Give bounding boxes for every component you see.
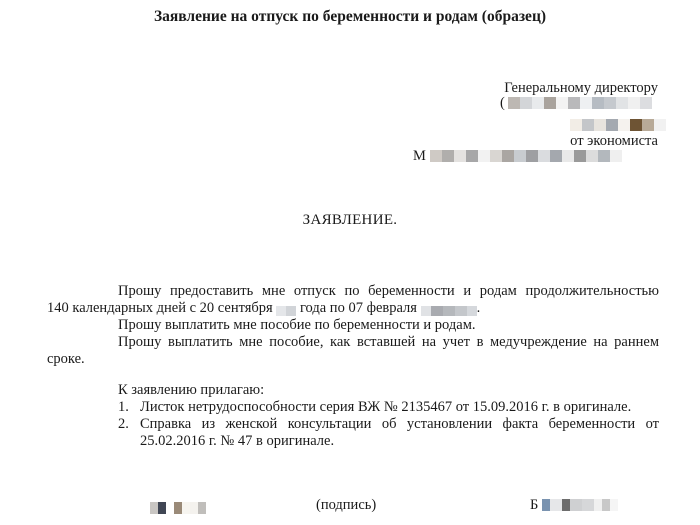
sender-name-redacted: М: [413, 148, 622, 165]
redaction-block: [421, 304, 477, 314]
attachment-item-continuation: 25.02.2016 г. № 47 в оригинале.: [140, 433, 334, 450]
redaction-block: [508, 97, 652, 110]
redaction-block: [542, 499, 618, 512]
addressee-company-redacted: [570, 117, 666, 134]
paragraph-benefit-request: Прошу выплатить мне пособие по беременно…: [47, 317, 659, 334]
addressee-name-redacted: (: [500, 95, 652, 112]
attachment-item: 1.Листок нетрудоспособности серия ВЖ № 2…: [118, 399, 631, 416]
signature-label: (подпись): [316, 497, 376, 514]
date-redacted: [150, 500, 206, 517]
attachment-item: 2. Справка из женской консультации об ус…: [118, 416, 659, 433]
paragraph-early-registration-line2: сроке.: [47, 351, 85, 368]
redaction-block: [150, 502, 206, 515]
paragraph-early-registration-line1: Прошу выплатить мне пособие, как вставше…: [47, 334, 659, 351]
document-title: Заявление на отпуск по беременности и ро…: [0, 8, 700, 26]
redaction-block: [430, 150, 622, 163]
attachments-intro: К заявлению прилагаю:: [118, 382, 264, 399]
redaction-block: [276, 304, 296, 314]
name-redacted: Б: [530, 497, 618, 514]
paragraph-leave-request-line1: Прошу предоставить мне отпуск по беремен…: [47, 283, 659, 300]
document-heading: ЗАЯВЛЕНИЕ.: [0, 212, 700, 229]
paragraph-leave-request-line2: 140 календарных дней с 20 сентября года …: [47, 300, 480, 317]
redaction-block: [570, 119, 666, 132]
